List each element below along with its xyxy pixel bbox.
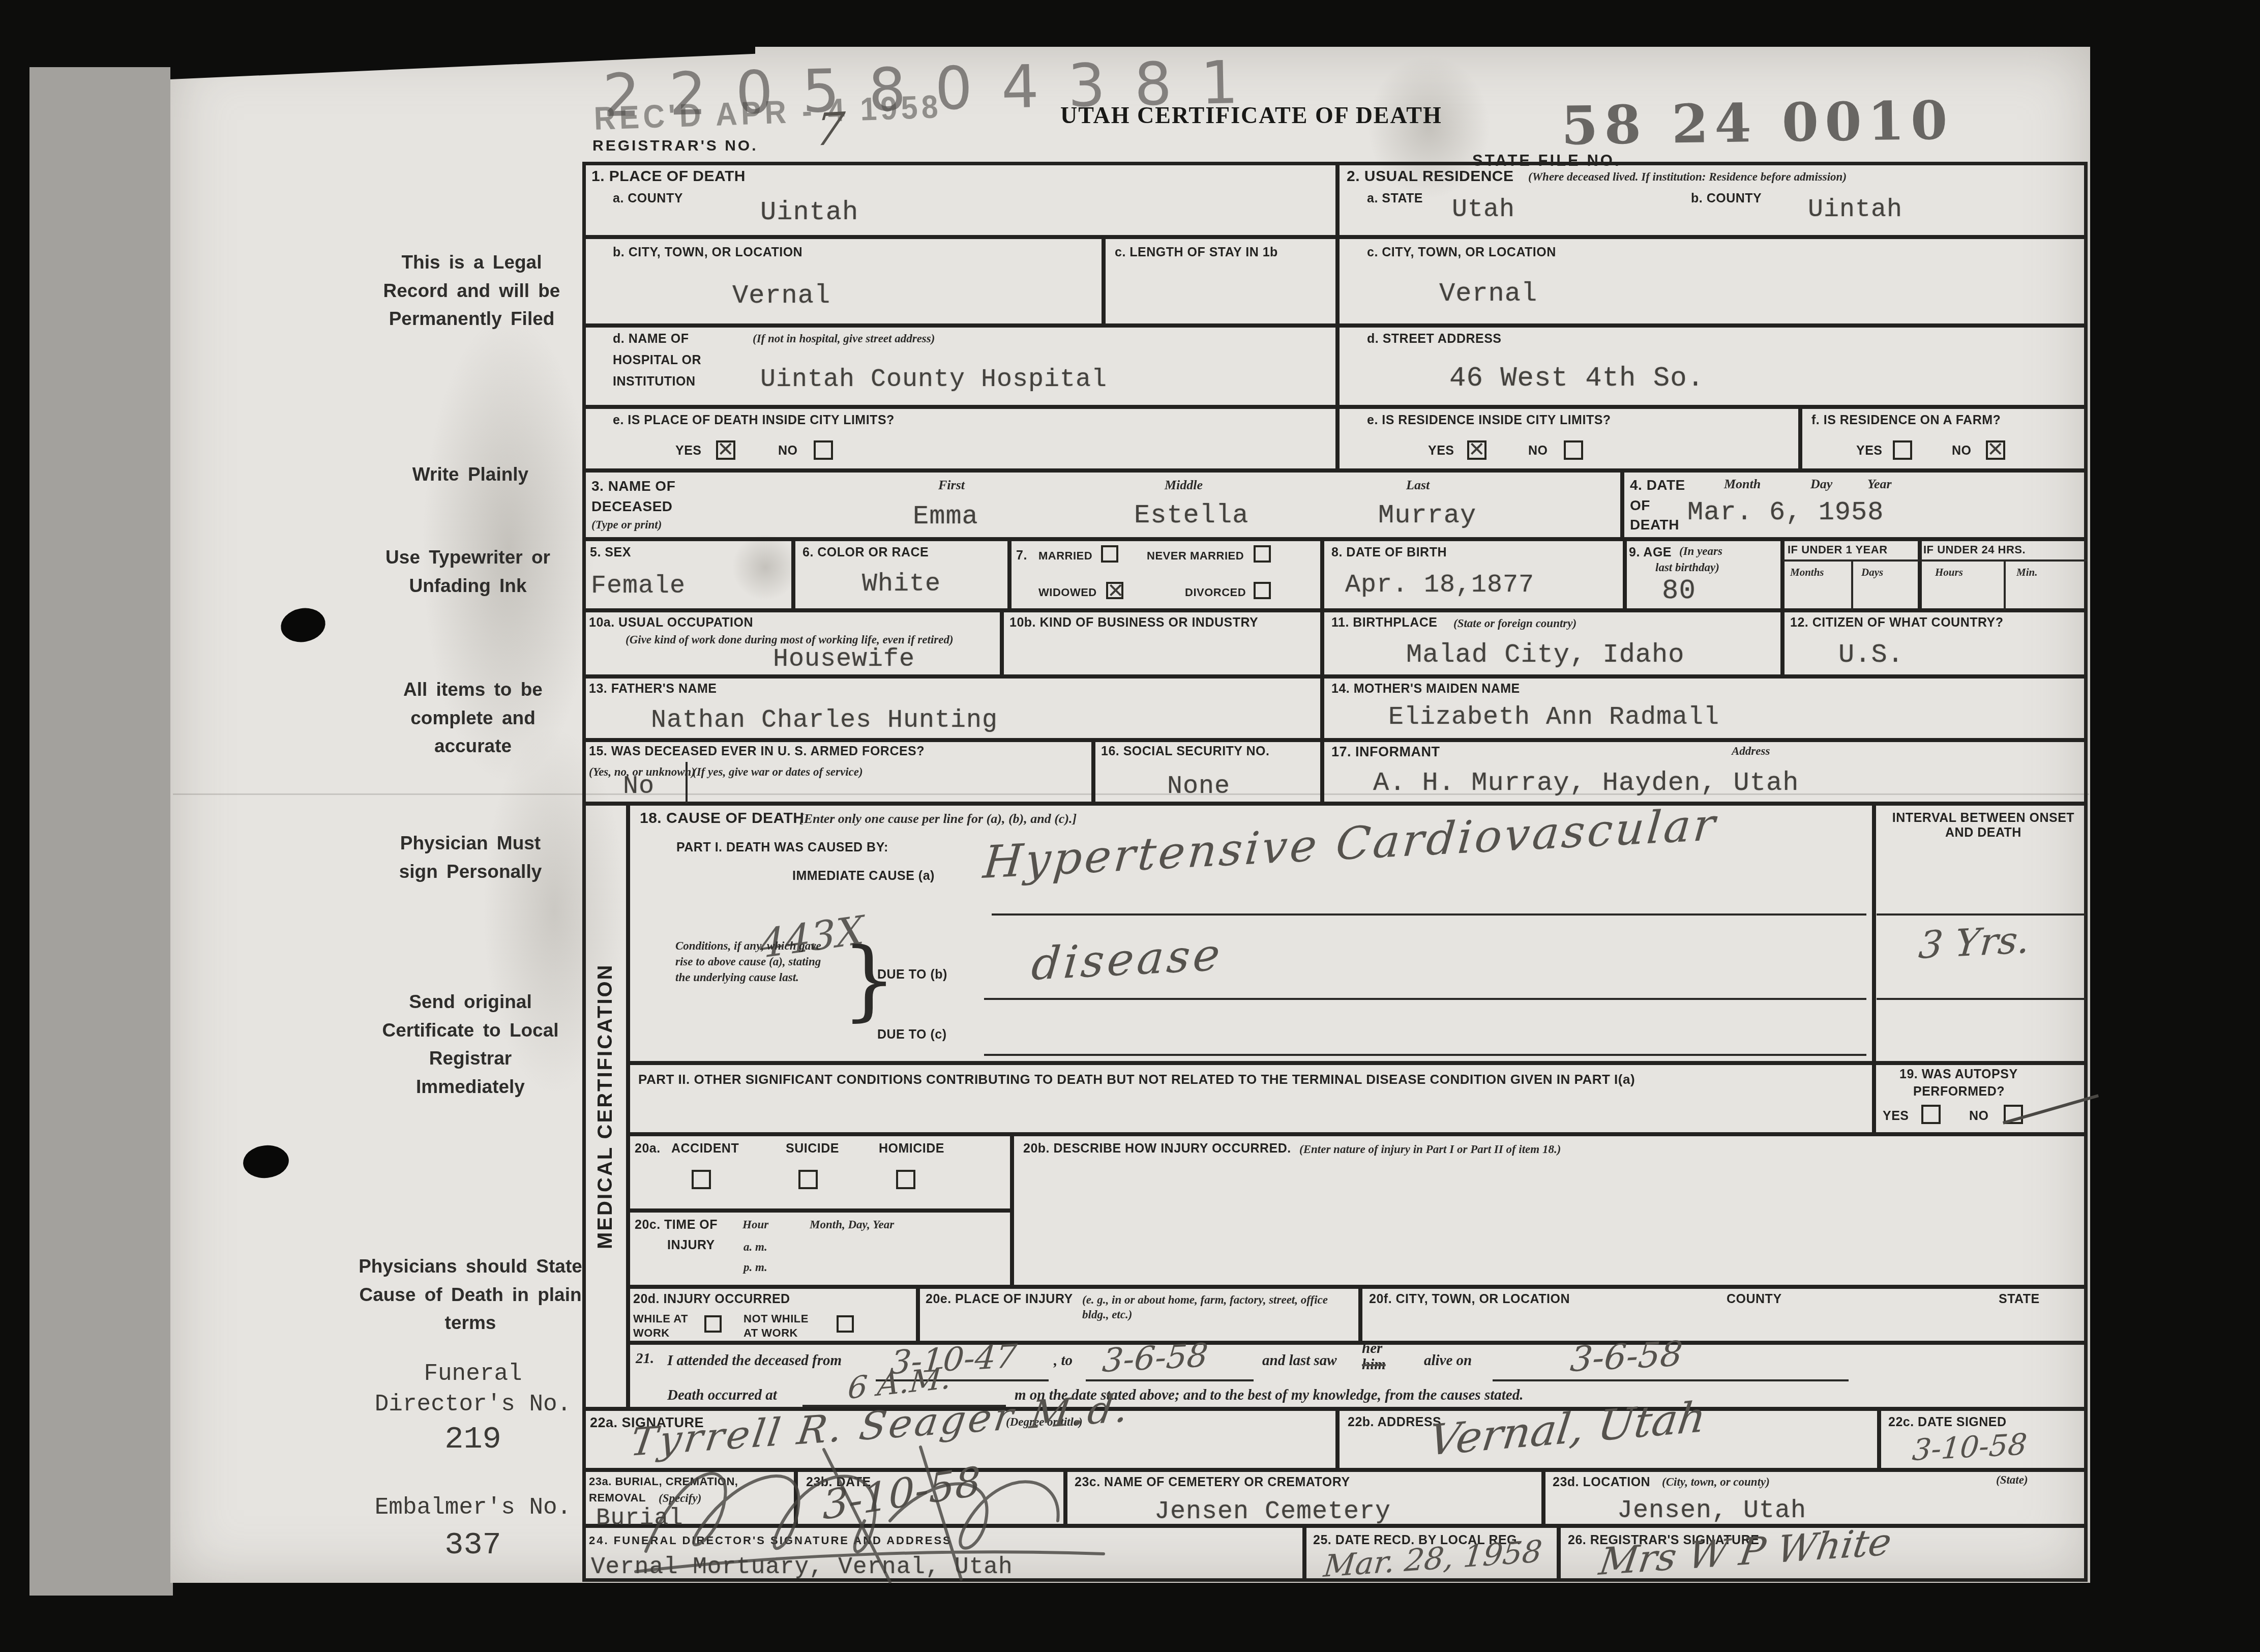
margin-note: Physicians should State Cause of Death i…: [351, 1252, 590, 1337]
married-label: MARRIED: [1038, 549, 1092, 562]
min-label: Min.: [2016, 566, 2037, 579]
checkbox-divorced: [1254, 582, 1271, 599]
yes-label: YES: [1856, 444, 1883, 458]
interval-label: INTERVAL BETWEEN ONSET AND DEATH: [1884, 811, 2083, 840]
date-of-death-label-1: 4. DATE: [1630, 477, 1685, 493]
state-label: a. STATE: [1367, 191, 1423, 206]
injury-city-label: 20f. CITY, TOWN, OR LOCATION: [1369, 1292, 1570, 1307]
birthplace-hint: (State or foreign country): [1453, 616, 1577, 631]
divider: [1782, 559, 2088, 562]
suicide-label: SUICIDE: [786, 1141, 839, 1156]
funeral-director-no-value: 219: [366, 1419, 580, 1460]
death-city-value: Vernal: [732, 283, 830, 309]
autopsy-label-2: PERFORMED?: [1913, 1084, 2005, 1099]
margin-note: Physician Must sign Personally: [386, 829, 554, 886]
cause-of-death-hint: [Enter only one cause per line for (a), …: [799, 811, 1077, 828]
rule: [992, 913, 1866, 916]
checkbox-death-city-limits-no: [814, 440, 833, 460]
box21-number: 21.: [636, 1351, 654, 1367]
her-him-stack: her him: [1362, 1341, 1386, 1373]
death-occurred-text: Death occurred at: [667, 1388, 777, 1404]
birthplace-value: Malad City, Idaho: [1406, 642, 1685, 668]
checkbox-res-city-limits-yes-checked: [1467, 440, 1486, 460]
hospital-hint: (If not in hospital, give street address…: [753, 332, 935, 346]
registrars-no-label: REGISTRAR'S NO.: [592, 137, 758, 155]
mother-name-label: 14. MOTHER'S MAIDEN NAME: [1331, 682, 1520, 696]
embalmer-no-value: 337: [364, 1525, 582, 1566]
if-under-24-hrs-label: IF UNDER 24 HRS.: [1923, 543, 2026, 556]
cause-of-death-title: 18. CAUSE OF DEATH: [640, 810, 805, 828]
street-address-value: 46 West 4th So.: [1449, 365, 1704, 393]
time-of-injury-label-2: INJURY: [667, 1238, 715, 1253]
homicide-label: HOMICIDE: [879, 1141, 944, 1156]
res-county-label: b. COUNTY: [1691, 191, 1762, 206]
margin-note: This is a Legal Record and will be Perma…: [379, 248, 564, 333]
attended-text-2: , to: [1054, 1353, 1073, 1369]
divider: [2004, 559, 2006, 610]
checkbox-while-at-work: [704, 1315, 722, 1333]
name-of-deceased-label-2: DECEASED: [591, 498, 673, 515]
checkbox-suicide: [798, 1170, 818, 1189]
interval-value: 3 Yrs.: [1917, 921, 2031, 964]
form-title: UTAH CERTIFICATE OF DEATH: [1060, 102, 1442, 129]
date-of-birth-value: Apr. 18,1877: [1345, 573, 1534, 598]
race-label: 6. COLOR OR RACE: [802, 545, 929, 560]
checkbox-res-city-limits-no: [1564, 440, 1583, 460]
margin-note: All items to be complete and accurate: [371, 675, 575, 760]
funeral-director-signature-scrawl: [605, 1444, 1266, 1587]
hospital-value: Uintah County Hospital: [760, 367, 1107, 393]
usual-residence-title: 2. USUAL RESIDENCE: [1347, 168, 1514, 186]
hospital-label-2: HOSPITAL OR: [613, 353, 701, 368]
days-label: Days: [1861, 566, 1883, 579]
name-of-deceased-label-1: 3. NAME OF: [591, 478, 675, 494]
armed-forces-value: No: [623, 774, 655, 800]
him-word-struck: him: [1362, 1357, 1386, 1373]
sex-label: 5. SEX: [590, 545, 631, 560]
checkbox-death-city-limits-yes-checked: [716, 440, 735, 460]
hours-label: Hours: [1935, 566, 1963, 579]
funeral-director-no-label: Funeral Director's No.: [366, 1359, 580, 1420]
not-while-at-work-label-2: AT WORK: [744, 1326, 798, 1339]
attended-text-4: alive on: [1424, 1353, 1472, 1369]
marital-number: 7.: [1016, 548, 1027, 563]
street-address-label: d. STREET ADDRESS: [1367, 332, 1502, 346]
attended-text-3: and last saw: [1262, 1353, 1337, 1369]
last-name-label: Last: [1406, 477, 1430, 494]
checkbox-accident: [692, 1170, 711, 1189]
usual-residence-hint: (Where deceased lived. If institution: R…: [1528, 170, 1847, 185]
her-word: her: [1362, 1341, 1386, 1357]
sex-value: Female: [591, 574, 686, 599]
yes-label: YES: [1428, 444, 1454, 458]
divider: [1851, 559, 1853, 610]
checkbox-widowed-checked: [1106, 582, 1123, 599]
ssn-value: None: [1167, 774, 1230, 800]
conditions-note: Conditions, if any, which gave rise to a…: [675, 938, 838, 985]
location-state-hint: (State): [1996, 1473, 2028, 1488]
citizen-value: U.S.: [1838, 642, 1904, 668]
checkbox-farm-no-checked: [1986, 440, 2005, 460]
describe-injury-label: 20b. DESCRIBE HOW INJURY OCCURRED.: [1023, 1141, 1291, 1156]
months-label: Months: [1790, 566, 1824, 579]
no-label: NO: [1528, 444, 1548, 458]
farm-label: f. IS RESIDENCE ON A FARM?: [1811, 413, 2001, 428]
attended-to-value: 3-6-58: [1101, 1339, 1209, 1377]
immediate-cause-label: IMMEDIATE CAUSE (a): [792, 869, 935, 883]
place-of-injury-label: 20e. PLACE OF INJURY: [926, 1292, 1073, 1307]
rule: [1493, 1379, 1849, 1381]
registrars-no-value: 7: [814, 106, 846, 153]
res-city-label: c. CITY, TOWN, OR LOCATION: [1367, 245, 1556, 260]
armed-forces-label: 15. WAS DECEASED EVER IN U. S. ARMED FOR…: [589, 744, 925, 759]
date-of-death-label-3: DEATH: [1630, 517, 1679, 533]
date-of-death-label-2: OF: [1630, 497, 1650, 514]
time-of-injury-label-1: 20c. TIME OF: [635, 1218, 718, 1232]
due-to-c-label: DUE TO (c): [877, 1027, 947, 1042]
occupation-label: 10a. USUAL OCCUPATION: [589, 615, 753, 630]
last-name-value: Murray: [1378, 503, 1476, 529]
cell: [1012, 1134, 2088, 1287]
type-or-print-hint: (Type or print): [591, 518, 662, 533]
city-label: b. CITY, TOWN, OR LOCATION: [613, 245, 802, 260]
occupation-value: Housewife: [773, 647, 915, 672]
informant-value: A. H. Murray, Hayden, Utah: [1373, 770, 1799, 796]
residence-city-value: Vernal: [1439, 281, 1537, 307]
hour-label: Hour: [742, 1218, 768, 1232]
if-under-1-year-label: IF UNDER 1 YEAR: [1788, 543, 1888, 556]
margin-note: Use Typewriter or Unfading Ink: [359, 543, 577, 600]
am-label: a. m.: [744, 1240, 767, 1255]
death-county-value: Uintah: [760, 199, 858, 226]
no-label: NO: [1969, 1109, 1989, 1124]
county-label: a. COUNTY: [613, 191, 683, 206]
not-while-at-work-label-1: NOT WHILE: [744, 1312, 809, 1325]
first-name-value: Emma: [913, 504, 978, 530]
part1-label: PART I. DEATH WAS CAUSED BY:: [676, 840, 888, 855]
widowed-label: WIDOWED: [1038, 586, 1097, 599]
age-hint-1: (In years: [1679, 544, 1722, 559]
checkbox-married: [1101, 545, 1118, 563]
medical-certification-label: MEDICAL CERTIFICATION: [582, 804, 628, 1409]
scanned-death-certificate: 2 2 0 5 8 0 4 3 8 1 REC'D APR - 4 1958 U…: [0, 0, 2260, 1652]
date-of-death-value: Mar. 6, 1958: [1687, 499, 1884, 526]
length-of-stay-label: c. LENGTH OF STAY IN 1b: [1115, 245, 1328, 260]
rule: [984, 998, 1866, 1000]
never-married-label: NEVER MARRIED: [1147, 549, 1244, 562]
birthplace-label: 11. BIRTHPLACE: [1331, 615, 1437, 630]
middle-name-label: Middle: [1165, 477, 1203, 494]
father-name-value: Nathan Charles Hunting: [651, 708, 998, 733]
month-label: Month: [1724, 476, 1761, 493]
autopsy-label-1: 19. WAS AUTOPSY: [1899, 1067, 2018, 1082]
checkbox-never-married: [1254, 545, 1271, 563]
day-label: Day: [1810, 476, 1832, 493]
year-label: Year: [1867, 476, 1892, 493]
location-value: Jensen, Utah: [1617, 1498, 1806, 1524]
residence-state-value: Utah: [1452, 197, 1515, 223]
injury-county-label: COUNTY: [1727, 1292, 1782, 1307]
informant-address-label: Address: [1732, 744, 1770, 759]
last-seen-value: 3-6-58: [1569, 1337, 1684, 1377]
rule: [984, 1054, 1866, 1056]
place-of-injury-hint: (e. g., in or about home, farm, factory,…: [1082, 1293, 1347, 1322]
box20a-number: 20a.: [635, 1141, 661, 1156]
age-label: 9. AGE: [1629, 545, 1672, 560]
while-at-work-label-1: WHILE AT: [633, 1312, 688, 1325]
citizen-label: 12. CITIZEN OF WHAT COUNTRY?: [1790, 615, 2004, 630]
industry-label: 10b. KIND OF BUSINESS OR INDUSTRY: [1009, 615, 1315, 630]
date-signed-value: 3-10-58: [1911, 1429, 2028, 1465]
margin-note: Write Plainly: [376, 460, 564, 489]
mother-name-value: Elizabeth Ann Radmall: [1388, 705, 1719, 730]
scanner-backing-strip: [29, 67, 173, 1596]
death-city-limits-label: e. IS PLACE OF DEATH INSIDE CITY LIMITS?: [613, 413, 895, 428]
part2-label: PART II. OTHER SIGNIFICANT CONDITIONS CO…: [638, 1072, 1859, 1087]
first-name-label: First: [938, 477, 965, 494]
armed-forces-hint-2: (If yes, give war or dates of service): [693, 765, 863, 780]
margin-note: Send original Certificate to Local Regis…: [379, 988, 562, 1101]
injury-occurred-label: 20d. INJURY OCCURRED: [633, 1292, 790, 1307]
describe-injury-hint: (Enter nature of injury in Part I or Par…: [1299, 1142, 1561, 1157]
date-signed-label: 22c. DATE SIGNED: [1888, 1415, 2007, 1430]
age-value: 80: [1662, 578, 1696, 605]
no-label: NO: [778, 444, 798, 458]
age-hint-2: last birthday): [1655, 560, 1719, 575]
due-to-b-value: disease: [1030, 932, 1225, 987]
month-day-year-label: Month, Day, Year: [810, 1218, 894, 1232]
address-label: 22b. ADDRESS: [1348, 1415, 1441, 1430]
accident-label: ACCIDENT: [671, 1141, 739, 1156]
residence-county-value: Uintah: [1808, 197, 1902, 223]
injury-state-label: STATE: [1999, 1292, 2040, 1307]
place-of-death-title: 1. PLACE OF DEATH: [591, 168, 746, 186]
checkbox-autopsy-yes: [1921, 1105, 1941, 1124]
location-label: 23d. LOCATION: [1553, 1475, 1650, 1490]
hospital-label-3: INSTITUTION: [613, 374, 695, 389]
hospital-label-1: d. NAME OF: [613, 332, 689, 346]
state-file-number-stamp: 58 24 0010: [1561, 89, 1954, 157]
embalmer-no-label: Embalmer's No.: [364, 1493, 582, 1523]
attended-text-1: I attended the deceased from: [667, 1353, 842, 1369]
ssn-label: 16. SOCIAL SECURITY NO.: [1101, 744, 1269, 759]
no-label: NO: [1952, 444, 1972, 458]
res-city-limits-label: e. IS RESIDENCE INSIDE CITY LIMITS?: [1367, 413, 1611, 428]
informant-label: 17. INFORMANT: [1331, 744, 1440, 760]
due-to-b-label: DUE TO (b): [877, 967, 947, 982]
middle-name-value: Estella: [1134, 503, 1248, 529]
father-name-label: 13. FATHER'S NAME: [589, 682, 717, 696]
checkbox-homicide: [896, 1170, 915, 1189]
checkbox-not-while-at-work: [837, 1315, 854, 1333]
pm-label: p. m.: [744, 1260, 767, 1275]
rule: [1877, 998, 2086, 1000]
yes-label: YES: [675, 444, 702, 458]
rule: [1877, 913, 2086, 916]
yes-label: YES: [1883, 1109, 1909, 1124]
location-hint: (City, town, or county): [1662, 1475, 1770, 1490]
race-value: White: [862, 572, 941, 597]
date-of-birth-label: 8. DATE OF BIRTH: [1331, 545, 1447, 560]
divorced-label: DIVORCED: [1185, 586, 1246, 599]
while-at-work-label-2: WORK: [633, 1326, 670, 1339]
rule: [1086, 1379, 1254, 1381]
checkbox-farm-yes: [1893, 440, 1912, 460]
